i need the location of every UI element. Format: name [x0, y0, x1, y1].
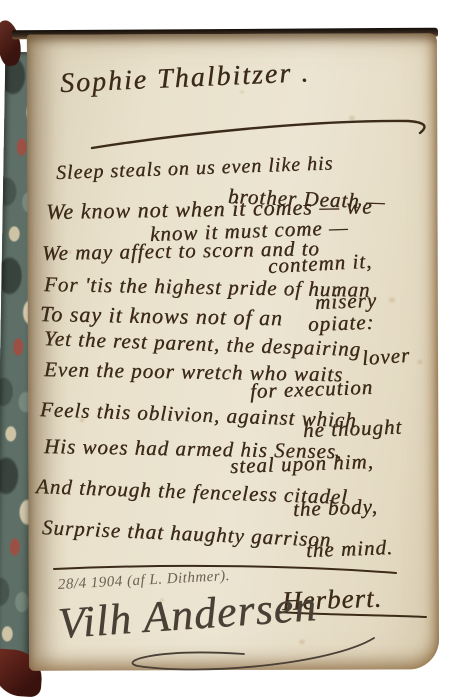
- poem-line: steal upon him,: [230, 449, 375, 479]
- poem-line: lover: [361, 343, 411, 371]
- poem-line: opiate:: [308, 310, 375, 337]
- poem-line: contemn it,: [267, 249, 372, 279]
- poem-line: the mind.: [306, 535, 394, 563]
- book-photo: Sophie Thalbitzer . Sleep steals on us e…: [0, 0, 463, 700]
- poem-line: Sleep steals on us even like his: [56, 152, 334, 185]
- poem-line: the body,: [293, 494, 379, 522]
- header-flourish: [90, 112, 438, 154]
- poem-line: Surprise that haughty garrison: [41, 515, 331, 553]
- owner-inscription: Sophie Thalbitzer .: [59, 57, 311, 100]
- poem-line: for execution: [250, 375, 374, 404]
- handwriting-layer: Sophie Thalbitzer . Sleep steals on us e…: [0, 0, 463, 700]
